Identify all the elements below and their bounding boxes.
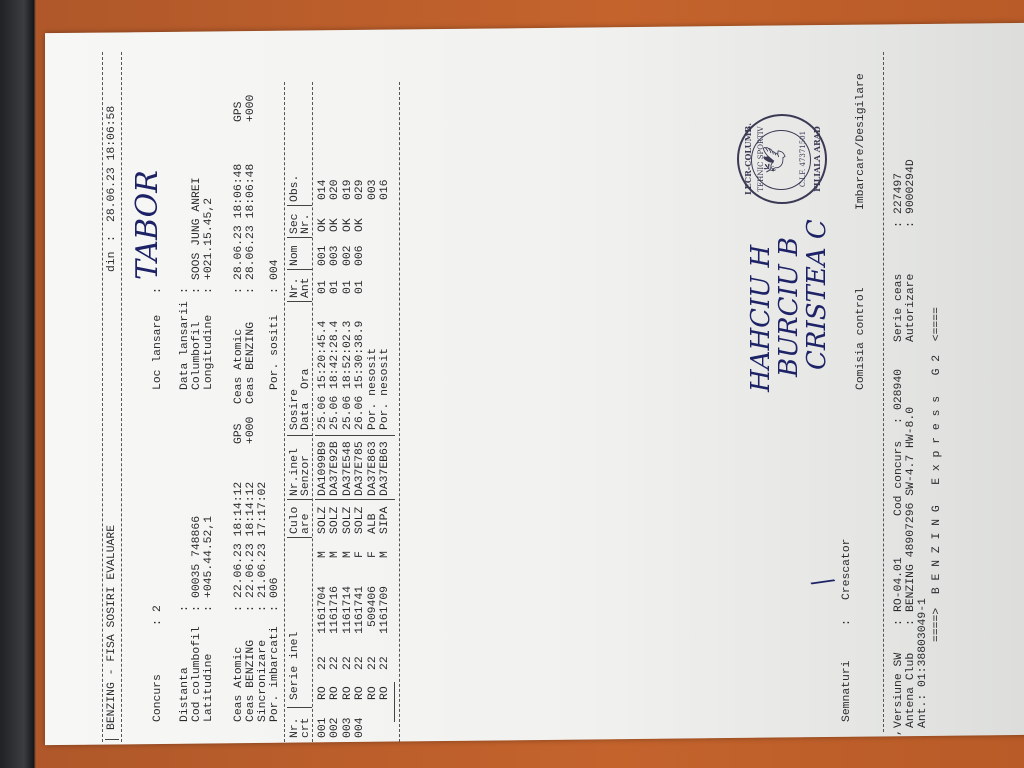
antena-club-value: BENZING 48907296 SW-4.7 HW-8.0 [905,407,918,612]
serie-ceas-label: Serie ceas [893,274,906,342]
semnaturi-separator: : [841,619,854,626]
col-divider [287,499,312,500]
cell-ant: 01 [342,280,355,294]
th-sosire-2: Data Ora [300,368,313,430]
versiune-sw-separator: : [893,619,906,626]
th-nr-crt-2: crt [300,717,313,738]
cell-an: 22 [379,656,392,670]
serie-ceas-separator: : [893,221,906,228]
cell-sosire: Por. nesosit [379,348,392,430]
cell-obs: 019 [342,179,355,200]
por-sositi-separator: : [269,287,282,294]
cell-culoare: SOLZ [354,507,367,534]
cell-senzor: DA37E785 [354,441,367,496]
brand-line: ====> B E N Z I N G E x p r e s s G 2 <=… [931,307,944,642]
latitudine-separator: : [203,605,216,612]
cell-serie: 1161704 [317,586,330,642]
th-nr-inel-2: Senzor [300,455,313,496]
row-underline [394,682,395,722]
cell-sec: OK [342,218,355,232]
longitudine-label: Longitudine [203,315,216,390]
por-sositi-value: 004 [269,259,282,280]
versiune-sw-label: Versiune SW [893,653,906,728]
sincronizare-label: Sincronizare [257,640,270,722]
ceas-benzing2-suffix: +000 [245,95,258,122]
versiune-sw-value: RO-04.01 [893,557,906,612]
table-row: RO221161709MSIPADA37EB63Por. nesosit016 [379,82,391,742]
columbofil-value: SOOS JUNG ANREI [191,177,204,280]
cell-ant: 01 [329,280,342,294]
cell-senzor: DA1099B9 [317,441,330,496]
cell-culoare: SOLZ [317,507,330,534]
stamp-top-text: LECR-COLUMB. [742,116,755,202]
semnaturi-label: Semnaturi [841,660,854,722]
data-lansarii-separator: : [179,287,192,294]
cell-sosire: 26.06 15:30:38.9 [354,321,367,430]
table-bottom-border [399,82,400,742]
antena-club-separator: : [905,619,918,626]
columbofil-label: Columbofil [191,322,204,390]
latitudine-value: +045.44.52,1 [203,516,216,598]
cell-obs: 029 [354,179,367,200]
cell-sosire: 25.06 18:52:02.3 [342,321,355,430]
cell-nr: 003 [342,717,355,738]
cell-sex: M [342,551,355,558]
concurs-value: 2 [152,605,165,612]
crescator-signature: / [816,574,831,588]
cod-concurs-label: Cod concurs [893,441,906,516]
din-label: din [106,251,119,272]
cell-nr: 002 [329,717,342,738]
col-divider [287,537,312,538]
cell-obs: 003 [367,179,380,200]
table-edge [0,0,34,768]
ceas-benzing-suffix: +000 [245,417,258,444]
cell-tara: RO [342,686,355,700]
ceas-atomic2-suffix: GPS [233,101,246,122]
ceas-benzing2-label: Ceas BENZING [245,322,258,404]
footer-tick: , [891,729,904,736]
cell-serie: 509406 [367,586,380,642]
sincronizare-value: 21.06.23 17:17:02 [257,482,270,598]
ceas-benzing2-value: 28.06.23 18:06:48 [245,164,258,280]
cell-an: 22 [354,656,367,670]
cell-obs: 020 [329,179,342,200]
th-serie-inel: Serie inel [289,632,302,700]
antenna-id-line: Ant.: 01:38803049-1 [917,598,930,728]
por-imbarcati-value: 006 [269,577,282,598]
club-stamp: LECR-COLUMB. TEHNIC SPORTIV 🕊 C.I.F. 473… [737,114,827,204]
cell-sec: OK [329,218,342,232]
distanta-label: Distanta [179,667,192,722]
cell-culoare: ALB [367,513,380,534]
cell-an: 22 [317,656,330,670]
sincronizare-separator: : [257,605,270,612]
col-divider [287,237,312,238]
table-row: 004RO221161741FSOLZDA37E78526.06 15:30:3… [354,82,366,742]
cell-nom: 003 [329,245,342,266]
header-border-left [105,739,119,740]
cell-tara: RO [329,686,342,700]
th-sec-nr-2: Nr. [300,213,313,234]
ceas-atomic-suffix: GPS [233,423,246,444]
cod-columbofil-value: 00035 748866 [191,516,204,598]
loc-lansare-handwritten: TABOR [133,170,163,280]
th-nom: Nom [289,245,302,266]
por-sositi-label: Por. sositi [269,315,282,390]
cell-senzor: DA37E548 [342,441,355,496]
cell-ant: 01 [317,280,330,294]
cell-sec: OK [317,218,330,232]
loc-lansare-label: Loc lansare [152,315,165,390]
ceas-atomic2-separator: : [233,287,246,294]
cell-senzor: DA37E92B [329,441,342,496]
th-nr-ant-2: Ant [300,277,313,298]
distanta-separator: : [179,605,192,612]
longitudine-separator: : [203,287,216,294]
cod-concurs-value: 028940 [893,369,906,410]
loc-lansare-separator: : [152,287,165,294]
cell-ant: 01 [354,280,367,294]
commission-signature-3: CRISTEA C [803,219,831,370]
footer-border [883,52,884,732]
th-obs: Obs. [289,175,302,202]
autorizare-value: 9000294D [905,159,918,214]
col-divider [287,707,312,708]
ceas-atomic-label: Ceas Atomic [233,647,246,722]
cell-nom: 006 [354,245,367,266]
stamp-cif-text: C.I.F. 47371501 [797,116,810,202]
cell-sex: M [317,551,330,558]
cell-sosire: 25.06 18:42:28.4 [329,321,342,430]
crescator-label: Crescator [841,538,854,600]
cell-an: 22 [367,656,380,670]
cod-concurs-separator: : [893,417,906,424]
cell-senzor: DA37E863 [367,441,380,496]
ceas-atomic2-value: 28.06.23 18:06:48 [233,164,246,280]
cell-tara: RO [379,686,392,700]
por-imbarcati-separator: : [269,605,282,612]
commission-signature-2: BURCIU B [775,237,803,377]
concurs-separator: : [152,619,165,626]
header-border-bottom [121,52,122,742]
ceas-atomic-value: 22.06.23 18:14:12 [233,482,246,598]
cell-sosire: Por. nesosit [367,348,380,430]
serie-ceas-value: 227497 [893,173,906,214]
cell-tara: RO [317,686,330,700]
dove-icon: 🕊 [765,146,787,174]
ceas-benzing2-separator: : [245,287,258,294]
ceas-benzing-label: Ceas BENZING [245,640,258,722]
cell-culoare: SOLZ [342,507,355,534]
columbofil-separator: : [191,287,204,294]
cell-sex: M [329,551,342,558]
din-value: 28.06.23 18:06:58 [106,106,119,222]
header-border-top [102,52,103,742]
cell-senzor: DA37EB63 [379,441,392,496]
cod-columbofil-label: Cod columbofil [191,626,204,722]
cell-culoare: SOLZ [329,507,342,534]
cell-sex: F [354,551,367,558]
cell-sosire: 25.06 15:20:45.4 [317,321,330,430]
din-separator: : [106,235,119,242]
autorizare-separator: : [905,221,918,228]
por-imbarcati-label: Por. imbarcati [269,626,282,722]
cell-culoare: SIPA [379,507,392,534]
stamp-bottom-text: FILIALA ARAD [811,116,824,202]
document-title: BENZING - FISA SOSIRI EVALUARE [106,525,119,730]
cell-obs: 016 [379,179,392,200]
ceas-benzing-separator: : [245,605,258,612]
cell-nom: 001 [317,245,330,266]
latitudine-label: Latitudine [203,654,216,722]
evaluation-sheet: BENZING - FISA SOSIRI EVALUARE din : 28.… [47,42,1022,742]
table-top-border [284,82,285,742]
commission-signature-1: HAHCIU H [747,245,775,392]
cell-sex: M [379,551,392,558]
cod-columbofil-separator: : [191,605,204,612]
cell-an: 22 [342,656,355,670]
comisia-control-label: Comisia control [855,287,868,390]
cell-serie: 1161741 [354,586,367,642]
cell-nr: 004 [354,717,367,738]
cell-obs: 014 [317,179,330,200]
th-culoare-2: are [300,513,313,534]
col-divider [287,435,312,436]
data-lansarii-label: Data lansarii [179,301,192,390]
cell-sex: F [367,551,380,558]
cell-tara: RO [354,686,367,700]
ceas-atomic2-label: Ceas Atomic [233,329,246,404]
cell-serie: 1161714 [342,586,355,642]
cell-nr: 001 [317,717,330,738]
col-divider [287,269,312,270]
table-row: 002RO221161716MSOLZDA37E92B25.06 18:42:2… [329,82,341,742]
table-row: 001RO221161704MSOLZDA1099B925.06 15:20:4… [317,82,329,742]
ceas-atomic-separator: : [233,605,246,612]
imbarcare-desigilare-label: Imbarcare/Desigilare [855,73,868,210]
ceas-benzing-value: 22.06.23 18:14:12 [245,482,258,598]
concurs-label: Concurs [152,674,165,722]
longitudine-value: +021.15.45,2 [203,198,216,280]
cell-an: 22 [329,656,342,670]
col-divider [287,205,312,206]
col-divider [287,301,312,302]
cell-serie: 1161709 [379,586,392,642]
cell-nom: 002 [342,245,355,266]
cell-sec: OK [354,218,367,232]
antena-club-label: Antena Club [905,653,918,728]
table-row: RO22509406FALBDA37E863Por. nesosit003 [367,82,379,742]
cell-serie: 1161716 [329,586,342,642]
table-row: 003RO221161714MSOLZDA37E54825.06 18:52:0… [342,82,354,742]
cell-tara: RO [367,686,380,700]
autorizare-label: Autorizare [905,274,918,342]
